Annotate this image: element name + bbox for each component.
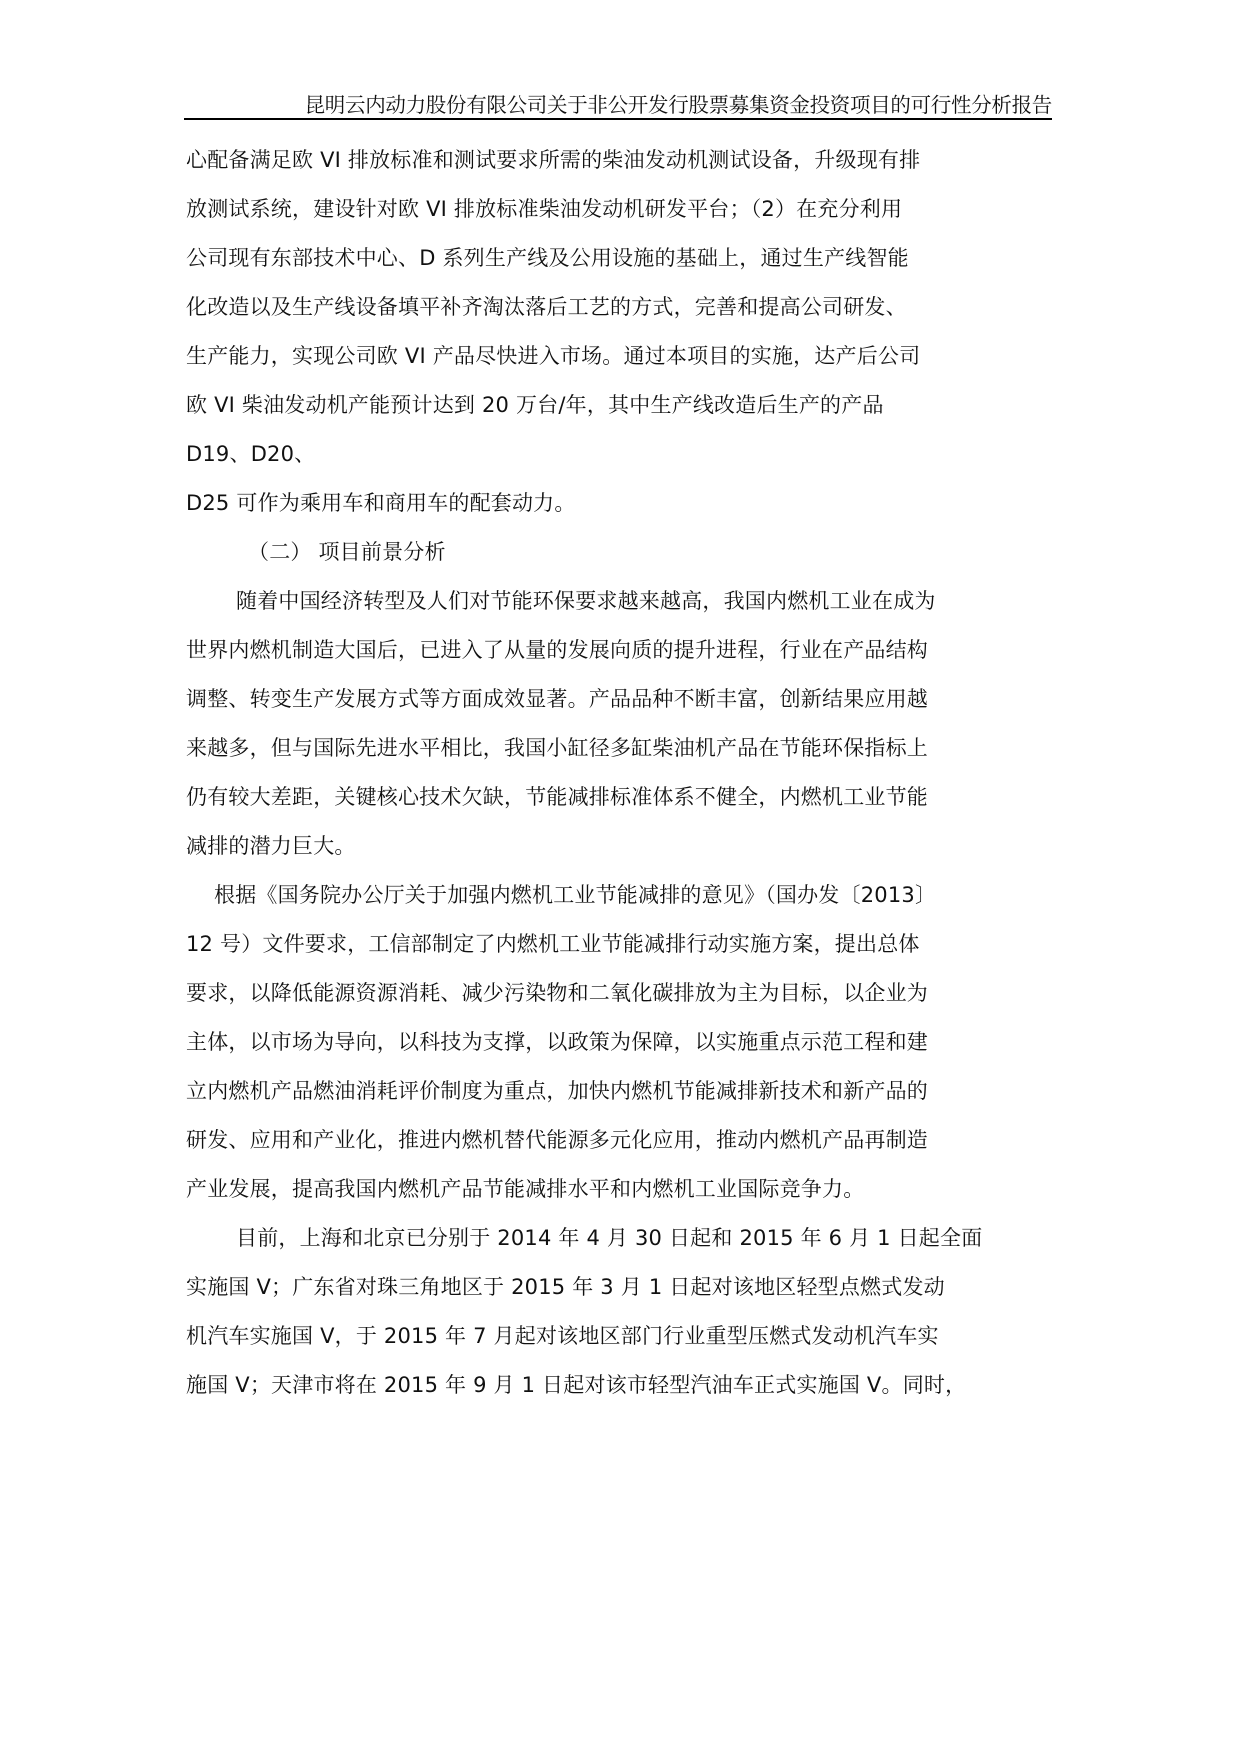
text-line: 化改造以及生产线设备填平补齐淘汰落后工艺的方式，完善和提高公司研发、 xyxy=(186,283,1056,332)
text-line: 目前，上海和北京已分别于 2014 年 4 月 30 日起和 2015 年 6 … xyxy=(186,1214,1056,1263)
text-line: 仍有较大差距，关键核心技术欠缺，节能减排标准体系不健全，内燃机工业节能 xyxy=(186,773,1056,822)
section-heading: （二） 项目前景分析 xyxy=(186,528,1056,577)
text-line: 根据《国务院办公厅关于加强内燃机工业节能减排的意见》（国办发〔2013〕 xyxy=(186,871,1056,920)
paragraph-policy: 根据《国务院办公厅关于加强内燃机工业节能减排的意见》（国办发〔2013〕 12 … xyxy=(186,871,1056,1214)
text-line: 立内燃机产品燃油消耗评价制度为重点，加快内燃机节能减排新技术和新产品的 xyxy=(186,1067,1056,1116)
text-line: 世界内燃机制造大国后，已进入了从量的发展向质的提升进程，行业在产品结构 xyxy=(186,626,1056,675)
text-line: 心配备满足欧 VI 排放标准和测试要求所需的柴油发动机测试设备，升级现有排 xyxy=(186,136,1056,185)
text-line: 研发、应用和产业化，推进内燃机替代能源多元化应用，推动内燃机产品再制造 xyxy=(186,1116,1056,1165)
text-line: 施国 V；天津市将在 2015 年 9 月 1 日起对该市轻型汽油车正式实施国 … xyxy=(186,1361,1056,1410)
text-line: 放测试系统，建设针对欧 VI 排放标准柴油发动机研发平台；（2）在充分利用 xyxy=(186,185,1056,234)
text-line: 公司现有东部技术中心、D 系列生产线及公用设施的基础上，通过生产线智能 xyxy=(186,234,1056,283)
text-line: 调整、转变生产发展方式等方面成效显著。产品品种不断丰富，创新结果应用越 xyxy=(186,675,1056,724)
page-header: 昆明云内动力股份有限公司关于非公开发行股票募集资金投资项目的可行性分析报告 xyxy=(184,92,1052,120)
text-line: D19、D20、 xyxy=(186,430,1056,479)
paragraph-regional-standards: 目前，上海和北京已分别于 2014 年 4 月 30 日起和 2015 年 6 … xyxy=(186,1214,1056,1410)
paragraph-industry-outlook: 随着中国经济转型及人们对节能环保要求越来越高，我国内燃机工业在成为 世界内燃机制… xyxy=(186,577,1056,871)
text-line: 产业发展，提高我国内燃机产品节能减排水平和内燃机工业国际竞争力。 xyxy=(186,1165,1056,1214)
text-line: 来越多，但与国际先进水平相比，我国小缸径多缸柴油机产品在节能环保指标上 xyxy=(186,724,1056,773)
section-heading-text: （二） 项目前景分析 xyxy=(186,528,1056,577)
text-line: 机汽车实施国 V，于 2015 年 7 月起对该地区部门行业重型压燃式发动机汽车… xyxy=(186,1312,1056,1361)
header-title: 昆明云内动力股份有限公司关于非公开发行股票募集资金投资项目的可行性分析报告 xyxy=(305,93,1052,117)
text-line: 要求，以降低能源资源消耗、减少污染物和二氧化碳排放为主为目标，以企业为 xyxy=(186,969,1056,1018)
text-line: 欧 VI 柴油发动机产能预计达到 20 万台/年，其中生产线改造后生产的产品 xyxy=(186,381,1056,430)
text-line: 生产能力，实现公司欧 VI 产品尽快进入市场。通过本项目的实施，达产后公司 xyxy=(186,332,1056,381)
text-line: 12 号）文件要求，工信部制定了内燃机工业节能减排行动实施方案，提出总体 xyxy=(186,920,1056,969)
text-line: D25 可作为乘用车和商用车的配套动力。 xyxy=(186,479,1056,528)
text-line: 随着中国经济转型及人们对节能环保要求越来越高，我国内燃机工业在成为 xyxy=(186,577,1056,626)
text-line: 减排的潜力巨大。 xyxy=(186,822,1056,871)
text-line: 主体，以市场为导向，以科技为支撑，以政策为保障，以实施重点示范工程和建 xyxy=(186,1018,1056,1067)
paragraph-continuation: 心配备满足欧 VI 排放标准和测试要求所需的柴油发动机测试设备，升级现有排 放测… xyxy=(186,136,1056,528)
text-line: 实施国 V；广东省对珠三角地区于 2015 年 3 月 1 日起对该地区轻型点燃… xyxy=(186,1263,1056,1312)
